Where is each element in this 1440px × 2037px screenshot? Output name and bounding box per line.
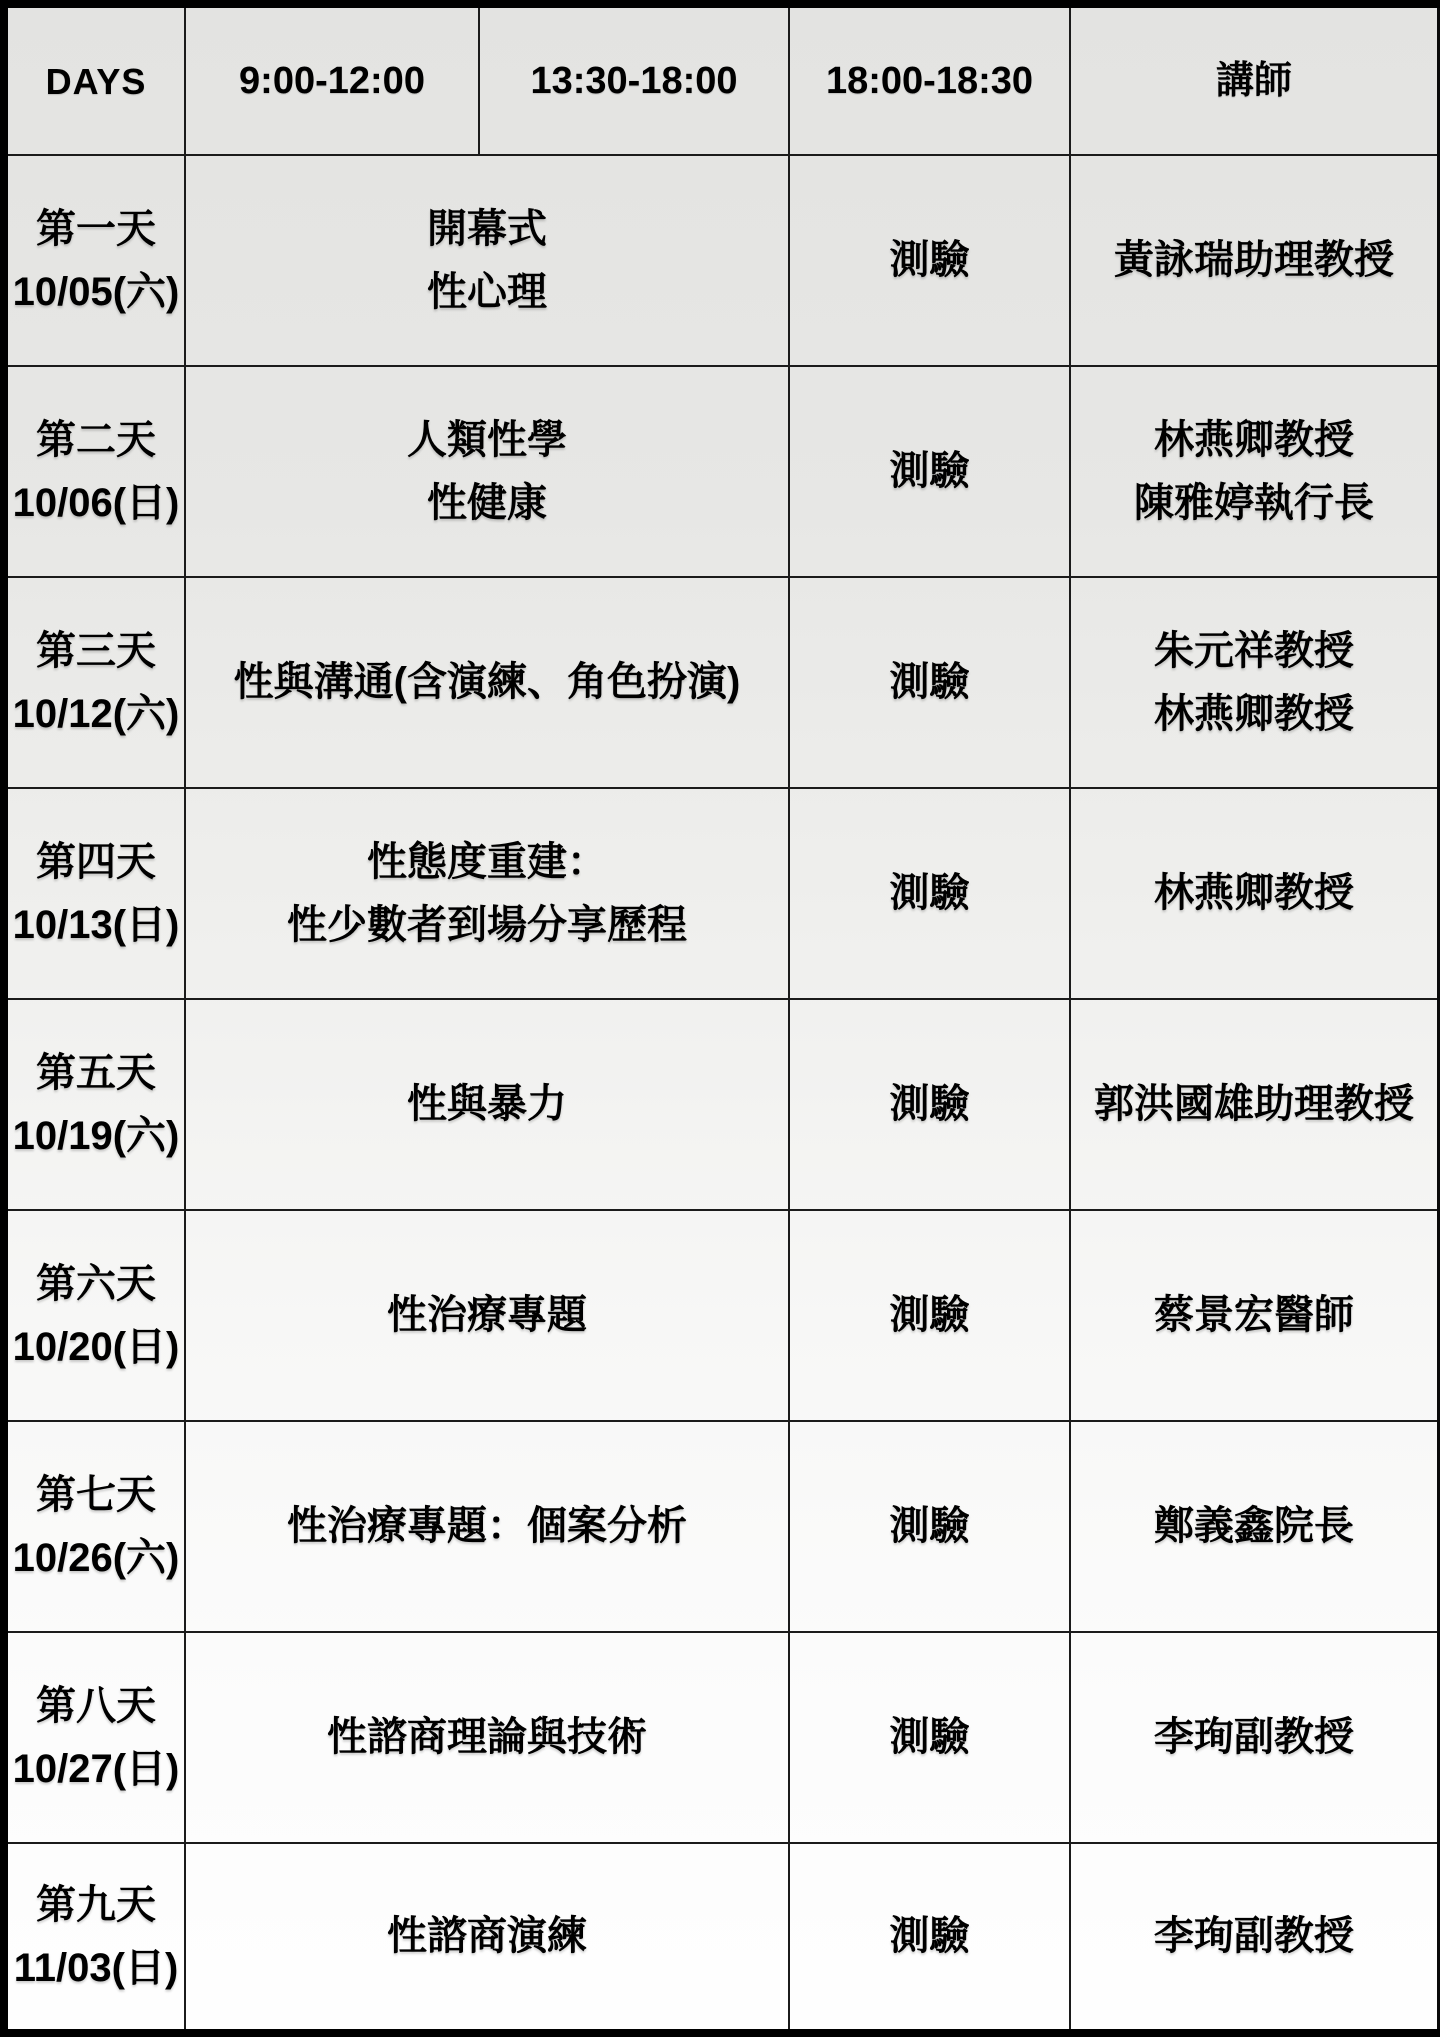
course-line: 性少數者到場分享歷程	[287, 894, 687, 957]
quiz-label: 測驗	[890, 440, 970, 503]
date-label: 10/05(六)	[13, 261, 180, 324]
quiz-label: 測驗	[890, 1284, 970, 1347]
course-cell: 人類性學 性健康	[186, 367, 790, 578]
course-cell: 性諮商演練	[186, 1844, 790, 2029]
date-label: 10/20(日)	[13, 1316, 180, 1379]
day-label: 第五天	[36, 1042, 156, 1105]
quiz-cell: 測驗	[790, 1000, 1071, 1211]
schedule-table: DAYS 9:00-12:00 13:30-18:00 18:00-18:30 …	[8, 8, 1440, 2029]
header-time-slot-2-label: 13:30-18:00	[530, 50, 737, 113]
date-label: 10/06(日)	[13, 472, 180, 535]
course-line: 人類性學	[407, 409, 567, 472]
instructor-cell: 朱元祥教授 林燕卿教授	[1071, 578, 1437, 789]
day-cell: 第五天 10/19(六)	[8, 1000, 186, 1211]
day-cell: 第九天 11/03(日)	[8, 1844, 186, 2029]
instructor-name: 鄭義鑫院長	[1154, 1495, 1354, 1558]
course-line: 性健康	[427, 472, 547, 535]
day-cell: 第六天 10/20(日)	[8, 1211, 186, 1422]
instructor-name: 蔡景宏醫師	[1154, 1284, 1354, 1347]
instructor-cell: 林燕卿教授 陳雅婷執行長	[1071, 367, 1437, 578]
quiz-cell: 測驗	[790, 156, 1071, 367]
day-label: 第一天	[36, 198, 156, 261]
header-time-slot-1: 9:00-12:00	[186, 8, 480, 156]
instructor-cell: 林燕卿教授	[1071, 789, 1437, 1000]
quiz-label: 測驗	[890, 1073, 970, 1136]
day-cell: 第四天 10/13(日)	[8, 789, 186, 1000]
date-label: 10/13(日)	[13, 894, 180, 957]
quiz-cell: 測驗	[790, 367, 1071, 578]
quiz-label: 測驗	[890, 862, 970, 925]
day-label: 第六天	[36, 1253, 156, 1316]
header-days-label: DAYS	[46, 50, 147, 113]
course-cell: 性態度重建： 性少數者到場分享歷程	[186, 789, 790, 1000]
instructor-name: 李珣副教授	[1154, 1905, 1354, 1968]
quiz-label: 測驗	[890, 1706, 970, 1769]
instructor-cell: 黃詠瑞助理教授	[1071, 156, 1437, 367]
header-time-slot-1-label: 9:00-12:00	[239, 50, 425, 113]
course-cell: 性與溝通(含演練、角色扮演)	[186, 578, 790, 789]
header-instructor: 講師	[1071, 8, 1437, 156]
day-cell: 第七天 10/26(六)	[8, 1422, 186, 1633]
course-line: 性諮商演練	[387, 1905, 587, 1968]
course-line: 性治療專題	[387, 1284, 587, 1347]
instructor-name: 郭洪國雄助理教授	[1094, 1073, 1414, 1136]
date-label: 10/12(六)	[13, 683, 180, 746]
course-line: 性態度重建：	[367, 831, 607, 894]
instructor-cell: 李珣副教授	[1071, 1633, 1437, 1844]
quiz-cell: 測驗	[790, 789, 1071, 1000]
instructor-cell: 郭洪國雄助理教授	[1071, 1000, 1437, 1211]
day-label: 第八天	[36, 1675, 156, 1738]
day-label: 第九天	[36, 1874, 156, 1937]
header-time-slot-3: 18:00-18:30	[790, 8, 1071, 156]
course-cell: 開幕式 性心理	[186, 156, 790, 367]
day-cell: 第三天 10/12(六)	[8, 578, 186, 789]
day-label: 第四天	[36, 831, 156, 894]
instructor-name: 陳雅婷執行長	[1134, 472, 1374, 535]
quiz-label: 測驗	[890, 651, 970, 714]
course-line: 開幕式	[427, 198, 547, 261]
course-line: 性治療專題：個案分析	[287, 1495, 687, 1558]
course-cell: 性治療專題	[186, 1211, 790, 1422]
date-label: 10/27(日)	[13, 1738, 180, 1801]
header-time-slot-3-label: 18:00-18:30	[826, 50, 1033, 113]
instructor-name: 林燕卿教授	[1154, 409, 1354, 472]
instructor-name: 林燕卿教授	[1154, 683, 1354, 746]
quiz-label: 測驗	[890, 1905, 970, 1968]
course-cell: 性治療專題：個案分析	[186, 1422, 790, 1633]
course-line: 性與溝通(含演練、角色扮演)	[234, 651, 741, 714]
instructor-cell: 蔡景宏醫師	[1071, 1211, 1437, 1422]
quiz-label: 測驗	[890, 229, 970, 292]
quiz-cell: 測驗	[790, 1633, 1071, 1844]
schedule-page: DAYS 9:00-12:00 13:30-18:00 18:00-18:30 …	[0, 0, 1440, 2037]
day-label: 第三天	[36, 620, 156, 683]
course-line: 性與暴力	[407, 1073, 567, 1136]
quiz-cell: 測驗	[790, 1422, 1071, 1633]
course-cell: 性與暴力	[186, 1000, 790, 1211]
day-label: 第二天	[36, 409, 156, 472]
course-cell: 性諮商理論與技術	[186, 1633, 790, 1844]
instructor-cell: 鄭義鑫院長	[1071, 1422, 1437, 1633]
instructor-name: 朱元祥教授	[1154, 620, 1354, 683]
day-cell: 第二天 10/06(日)	[8, 367, 186, 578]
day-cell: 第八天 10/27(日)	[8, 1633, 186, 1844]
date-label: 10/26(六)	[13, 1527, 180, 1590]
quiz-cell: 測驗	[790, 1211, 1071, 1422]
instructor-name: 李珣副教授	[1154, 1706, 1354, 1769]
course-line: 性心理	[427, 261, 547, 324]
date-label: 11/03(日)	[14, 1937, 179, 2000]
instructor-name: 林燕卿教授	[1154, 862, 1354, 925]
instructor-name: 黃詠瑞助理教授	[1114, 229, 1394, 292]
course-line: 性諮商理論與技術	[327, 1706, 647, 1769]
quiz-cell: 測驗	[790, 1844, 1071, 2029]
header-days: DAYS	[8, 8, 186, 156]
quiz-cell: 測驗	[790, 578, 1071, 789]
date-label: 10/19(六)	[13, 1105, 180, 1168]
quiz-label: 測驗	[890, 1495, 970, 1558]
day-label: 第七天	[36, 1464, 156, 1527]
header-instructor-label: 講師	[1216, 50, 1292, 113]
instructor-cell: 李珣副教授	[1071, 1844, 1437, 2029]
day-cell: 第一天 10/05(六)	[8, 156, 186, 367]
header-time-slot-2: 13:30-18:00	[480, 8, 790, 156]
